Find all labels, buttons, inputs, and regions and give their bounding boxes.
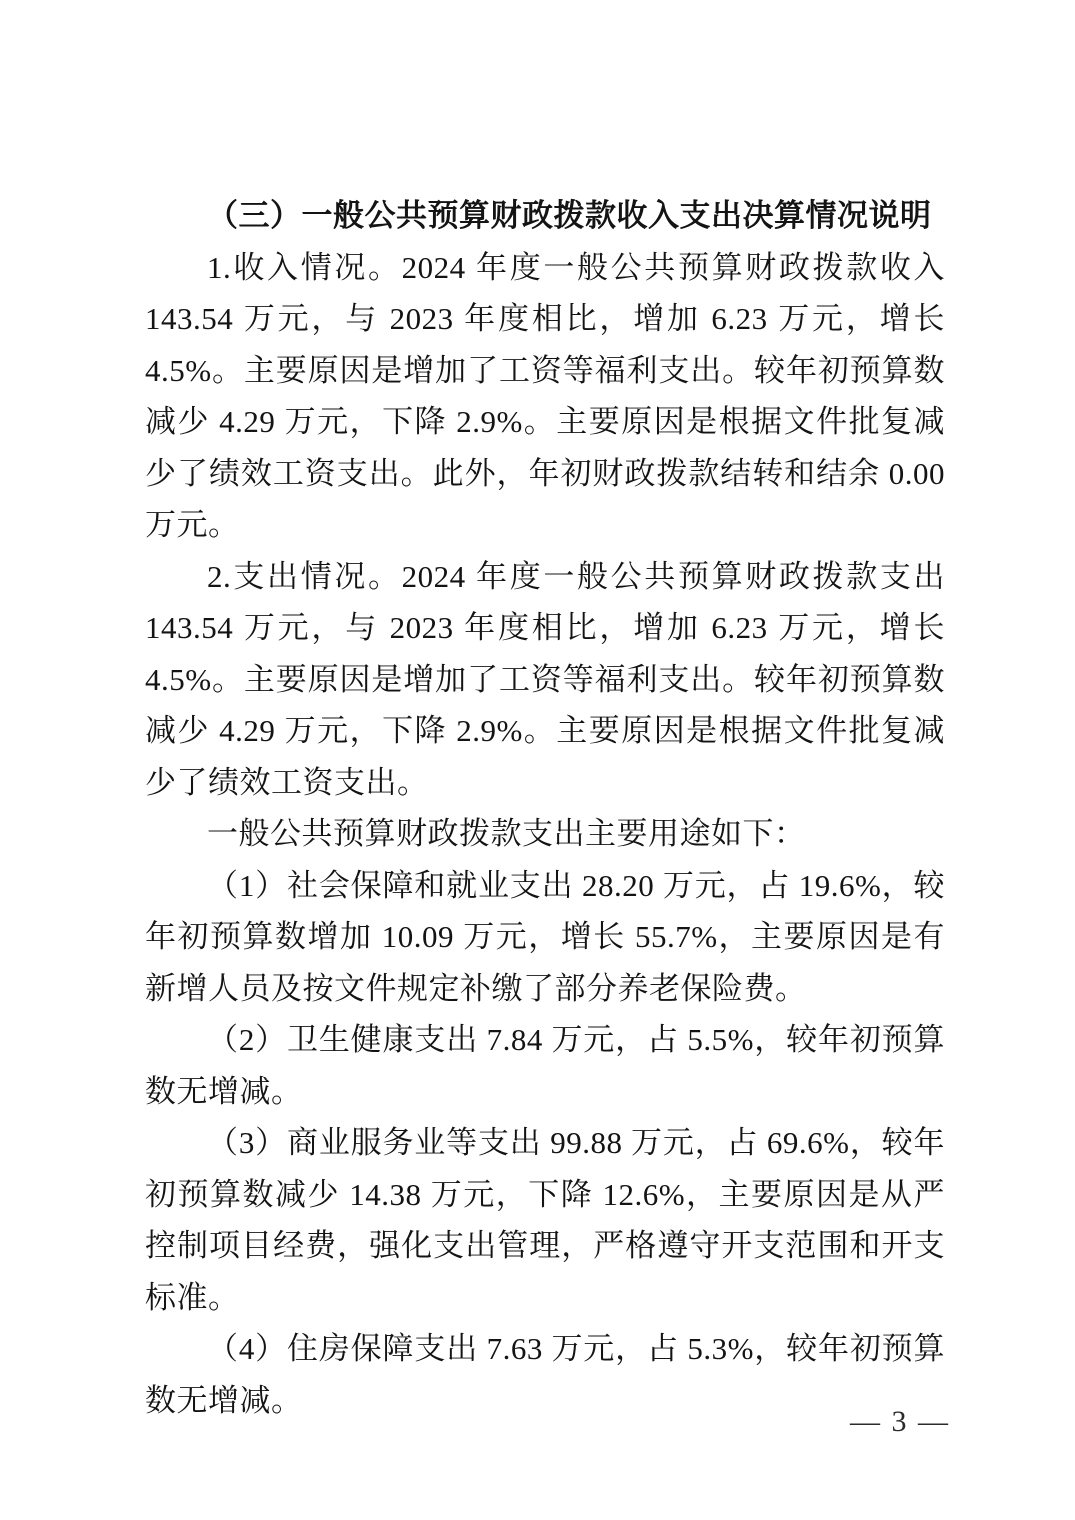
paragraph-item-4-housing: （4）住房保障支出 7.63 万元，占 5.3%，较年初预算数无增减。	[145, 1323, 945, 1426]
paragraph-item-1-social-security: （1）社会保障和就业支出 28.20 万元，占 19.6%，较年初预算数增加 1…	[145, 860, 945, 1015]
paragraph-expenditure-situation: 2.支出情况。2024 年度一般公共预算财政拨款支出 143.54 万元，与 2…	[145, 551, 945, 809]
section-heading: （三）一般公共预算财政拨款收入支出决算情况说明	[145, 190, 945, 242]
paragraph-revenue-situation: 1.收入情况。2024 年度一般公共预算财政拨款收入 143.54 万元，与 2…	[145, 242, 945, 551]
paragraph-item-2-health: （2）卫生健康支出 7.84 万元，占 5.5%，较年初预算数无增减。	[145, 1014, 945, 1117]
page-number: — 3 —	[850, 1402, 950, 1442]
document-content: （三）一般公共预算财政拨款收入支出决算情况说明 1.收入情况。2024 年度一般…	[145, 190, 945, 1426]
document-page: （三）一般公共预算财政拨款收入支出决算情况说明 1.收入情况。2024 年度一般…	[0, 0, 1075, 1520]
paragraph-usage-intro: 一般公共预算财政拨款支出主要用途如下：	[145, 808, 945, 860]
paragraph-item-3-commerce-services: （3）商业服务业等支出 99.88 万元，占 69.6%，较年初预算数减少 14…	[145, 1117, 945, 1323]
